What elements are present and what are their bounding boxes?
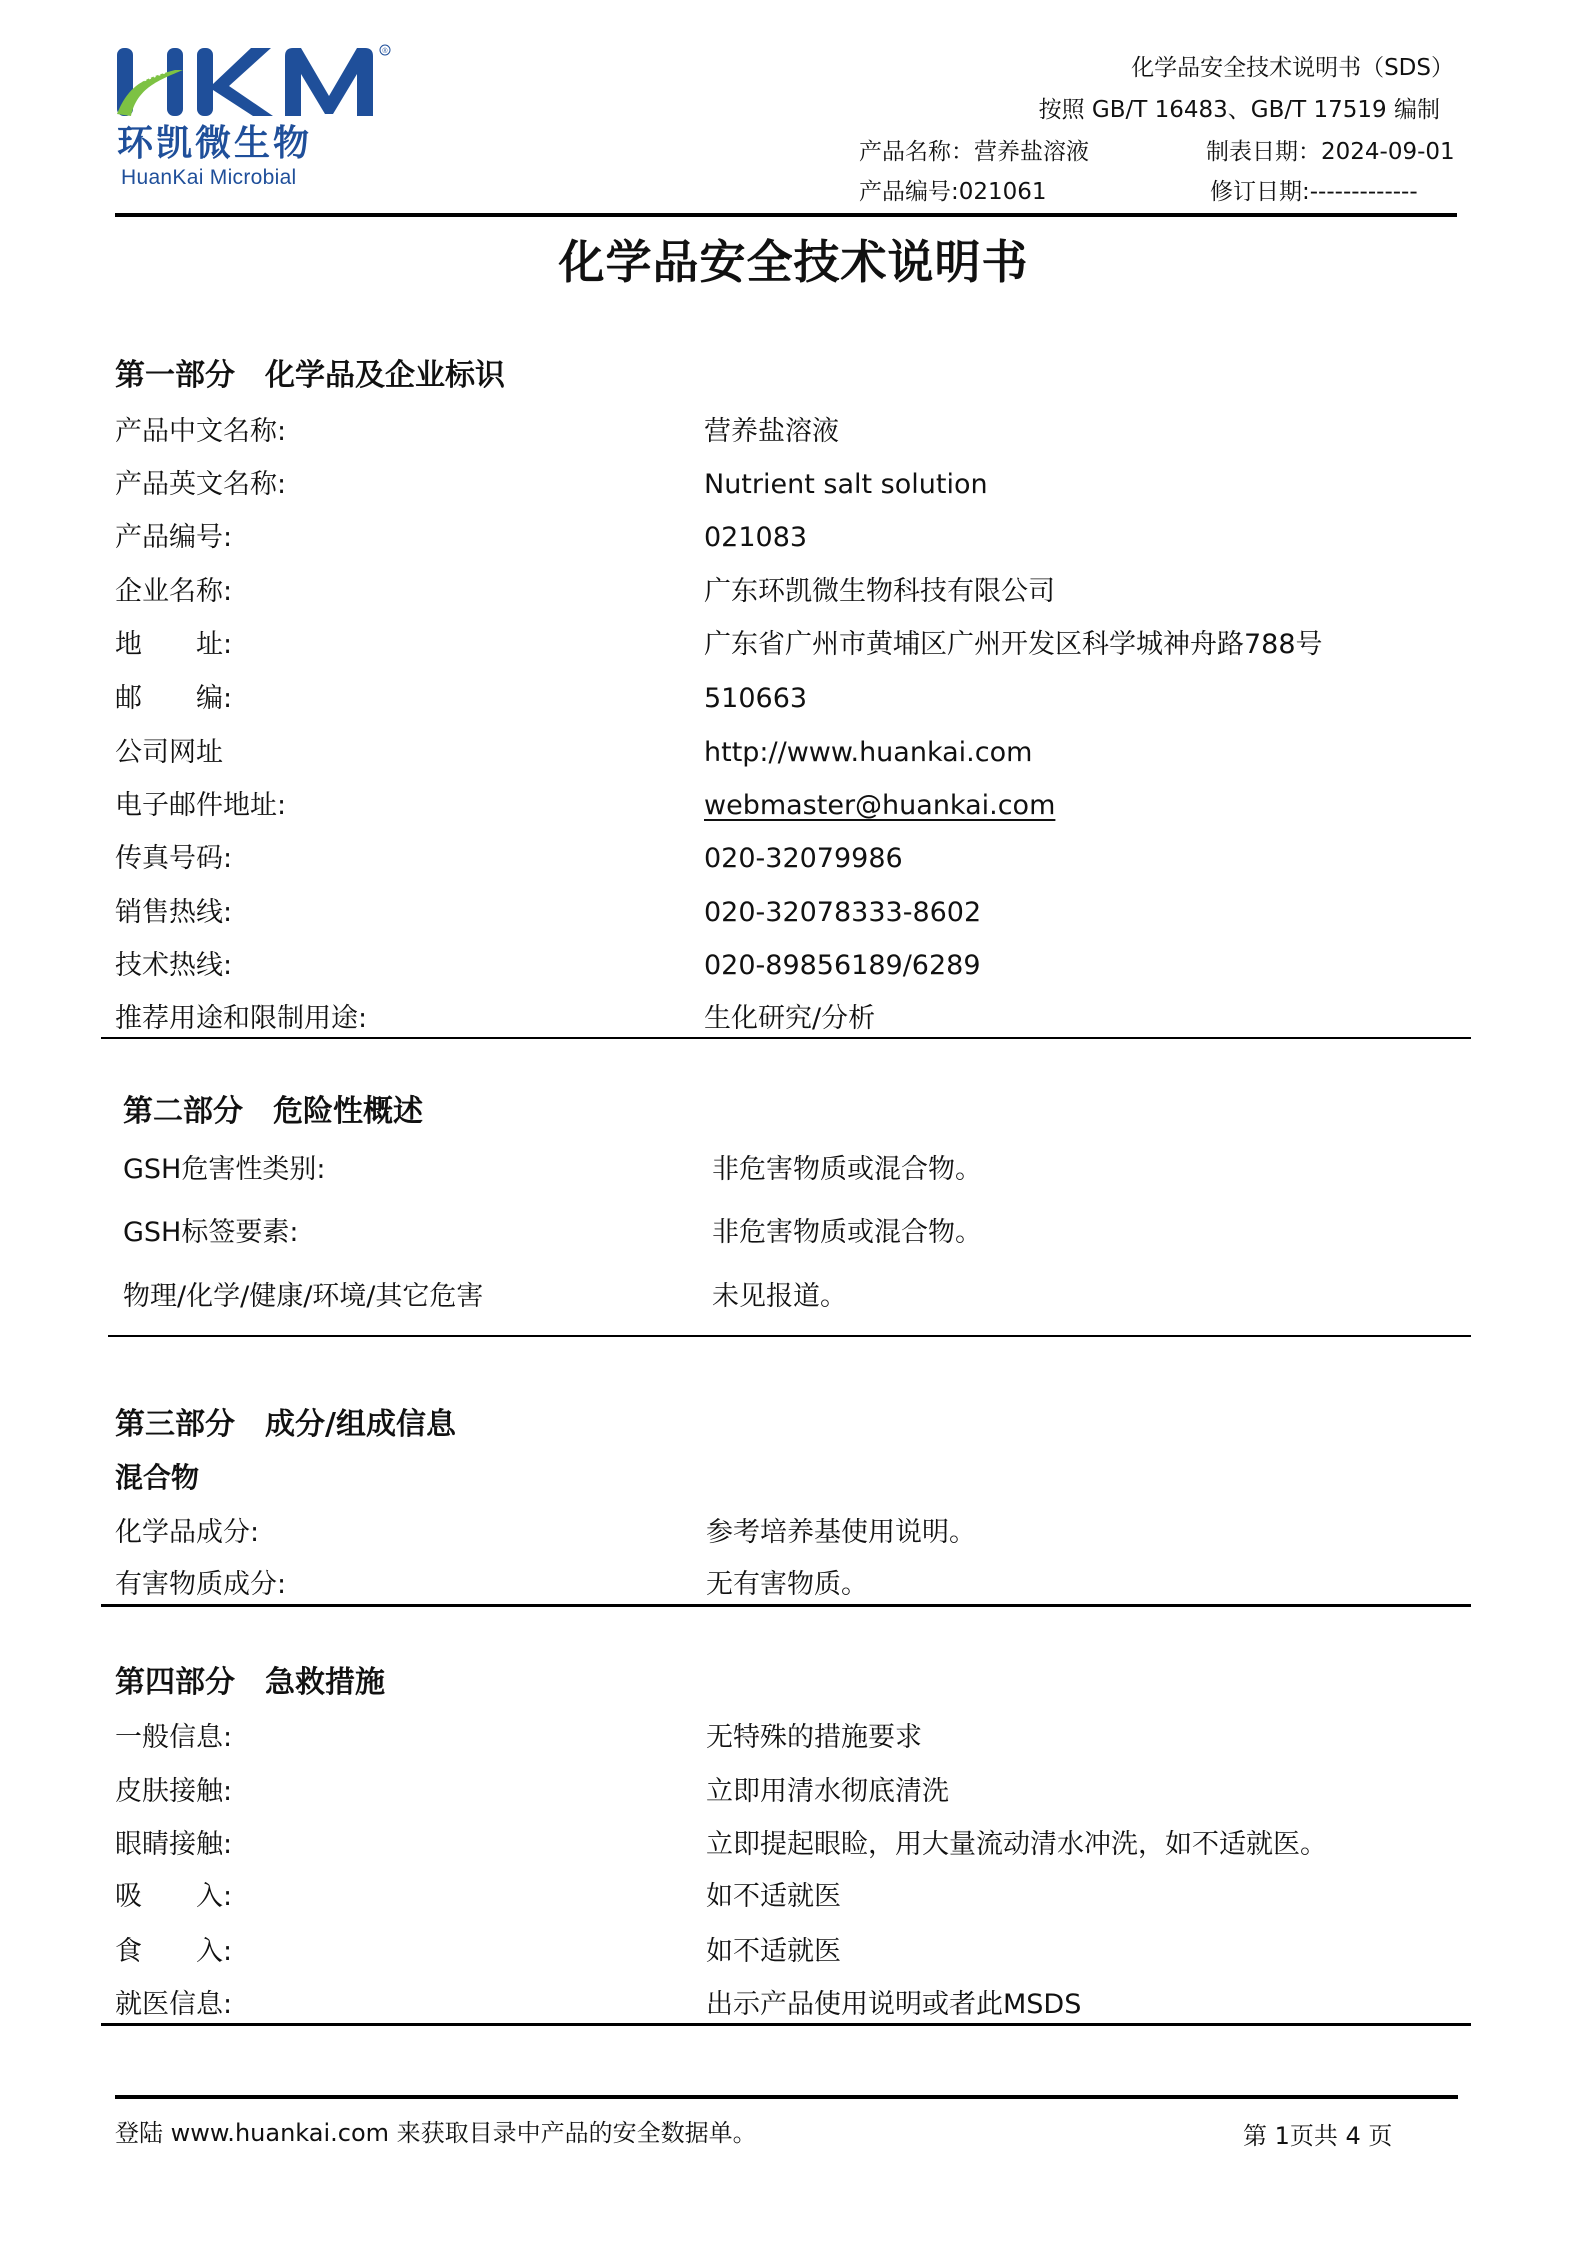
row-value: 营养盐溶液 (704, 415, 839, 449)
header-doc-type: 化学品安全技术说明书（SDS） (1131, 53, 1454, 83)
row-label: 邮 编: (115, 682, 232, 716)
section-4-heading: 第四部分 急救措施 (115, 1665, 385, 1701)
footer-divider (115, 2095, 1458, 2099)
row-value: Nutrient salt solution (704, 468, 988, 502)
row-label: 产品中文名称: (115, 415, 286, 449)
revised-date-label: 修订日期: (1210, 179, 1310, 205)
row-value: 非危害物质或混合物。 (712, 1153, 982, 1187)
row-label: 眼睛接触: (115, 1828, 232, 1862)
header-made-date: 制表日期：2024-09-01 (1206, 137, 1455, 167)
row-value: 非危害物质或混合物。 (712, 1216, 982, 1250)
row-value: 出示产品使用说明或者此MSDS (706, 1988, 1081, 2022)
row-label: GSH标签要素: (123, 1216, 298, 1250)
row-label: 一般信息: (115, 1721, 232, 1755)
section-2-heading: 第二部分 危险性概述 (123, 1094, 423, 1130)
row-label: 皮肤接触: (115, 1775, 232, 1809)
footer-note: 登陆 www.huankai.com 来获取目录中产品的安全数据单。 (115, 2118, 757, 2148)
section-1-heading: 第一部分 化学品及企业标识 (115, 358, 505, 394)
row-label: 产品英文名称: (115, 468, 286, 502)
row-label: 电子邮件地址: (115, 789, 286, 823)
row-value: 如不适就医 (706, 1935, 841, 1969)
product-name-value: 营养盐溶液 (974, 139, 1089, 165)
section-2-divider (108, 1335, 1471, 1337)
row-label: 产品编号: (115, 521, 232, 555)
row-label: 物理/化学/健康/环境/其它危害 (123, 1280, 483, 1314)
made-date-value: 2024-09-01 (1321, 139, 1455, 165)
email-link[interactable]: webmaster@huankai.com (704, 789, 1055, 823)
header-divider (115, 213, 1457, 217)
row-value: 未见报道。 (712, 1280, 847, 1314)
row-label: 化学品成分: (115, 1516, 259, 1550)
header-product-name: 产品名称：营养盐溶液 (859, 137, 1089, 167)
row-value: 无特殊的措施要求 (706, 1721, 922, 1755)
row-label: 有害物质成分: (115, 1568, 286, 1602)
row-label: 技术热线: (115, 949, 232, 983)
row-value: 020-32078333-8602 (704, 896, 981, 930)
document-title: 化学品安全技术说明书 (0, 234, 1587, 290)
header-standard: 按照 GB/T 16483、GB/T 17519 编制 (1039, 95, 1440, 125)
row-value: 无有害物质。 (706, 1568, 868, 1602)
section-3-heading: 第三部分 成分/组成信息 (115, 1407, 456, 1443)
product-name-label: 产品名称： (859, 139, 974, 165)
logo-chinese-name: 环凯微生物 (117, 124, 312, 164)
row-label: GSH危害性类别: (123, 1153, 325, 1187)
row-label: 公司网址 (115, 736, 223, 770)
svg-text:®: ® (382, 47, 388, 55)
row-label: 地 址: (115, 628, 232, 662)
header-revised-date: 修订日期:------------- (1210, 177, 1418, 207)
row-value: 如不适就医 (706, 1880, 841, 1914)
row-label: 就医信息: (115, 1988, 232, 2022)
row-label: 吸 入: (115, 1880, 232, 1914)
row-label: 推荐用途和限制用途: (115, 1002, 367, 1036)
row-value: 广东省广州市黄埔区广州开发区科学城神舟路788号 (704, 628, 1323, 662)
row-value: 广东环凯微生物科技有限公司 (704, 575, 1055, 609)
row-value: 参考培养基使用说明。 (706, 1516, 976, 1550)
row-value: 020-32079986 (704, 842, 903, 876)
website-link[interactable]: http://www.huankai.com (704, 736, 1032, 770)
product-code-value: 021061 (959, 179, 1047, 205)
page-number: 第 1页共 4 页 (1243, 2121, 1392, 2151)
section-1-divider (101, 1037, 1471, 1039)
row-label: 企业名称: (115, 575, 232, 609)
row-value: 021083 (704, 521, 807, 555)
row-value: 510663 (704, 682, 807, 716)
row-value: 020-89856189/6289 (704, 949, 981, 983)
row-value: 立即用清水彻底清洗 (706, 1775, 949, 1809)
section-4-divider (101, 2023, 1471, 2026)
section-3-divider (101, 1604, 1471, 1607)
company-logo: ® 环凯微生物 HuanKai Microbial (115, 44, 395, 190)
row-value: 生化研究/分析 (704, 1002, 875, 1036)
hkm-dna-logo-icon: ® (115, 44, 395, 122)
logo-english-name: HuanKai Microbial (121, 166, 297, 190)
header-product-code: 产品编号:021061 (859, 177, 1047, 207)
section-3-subheading: 混合物 (115, 1461, 199, 1495)
row-value: 立即提起眼睑，用大量流动清水冲洗，如不适就医。 (706, 1828, 1327, 1862)
row-label: 传真号码: (115, 842, 232, 876)
product-code-label: 产品编号: (859, 179, 959, 205)
row-label: 销售热线: (115, 896, 232, 930)
row-label: 食 入: (115, 1935, 232, 1969)
revised-date-value: ------------- (1310, 179, 1418, 205)
made-date-label: 制表日期： (1206, 139, 1321, 165)
